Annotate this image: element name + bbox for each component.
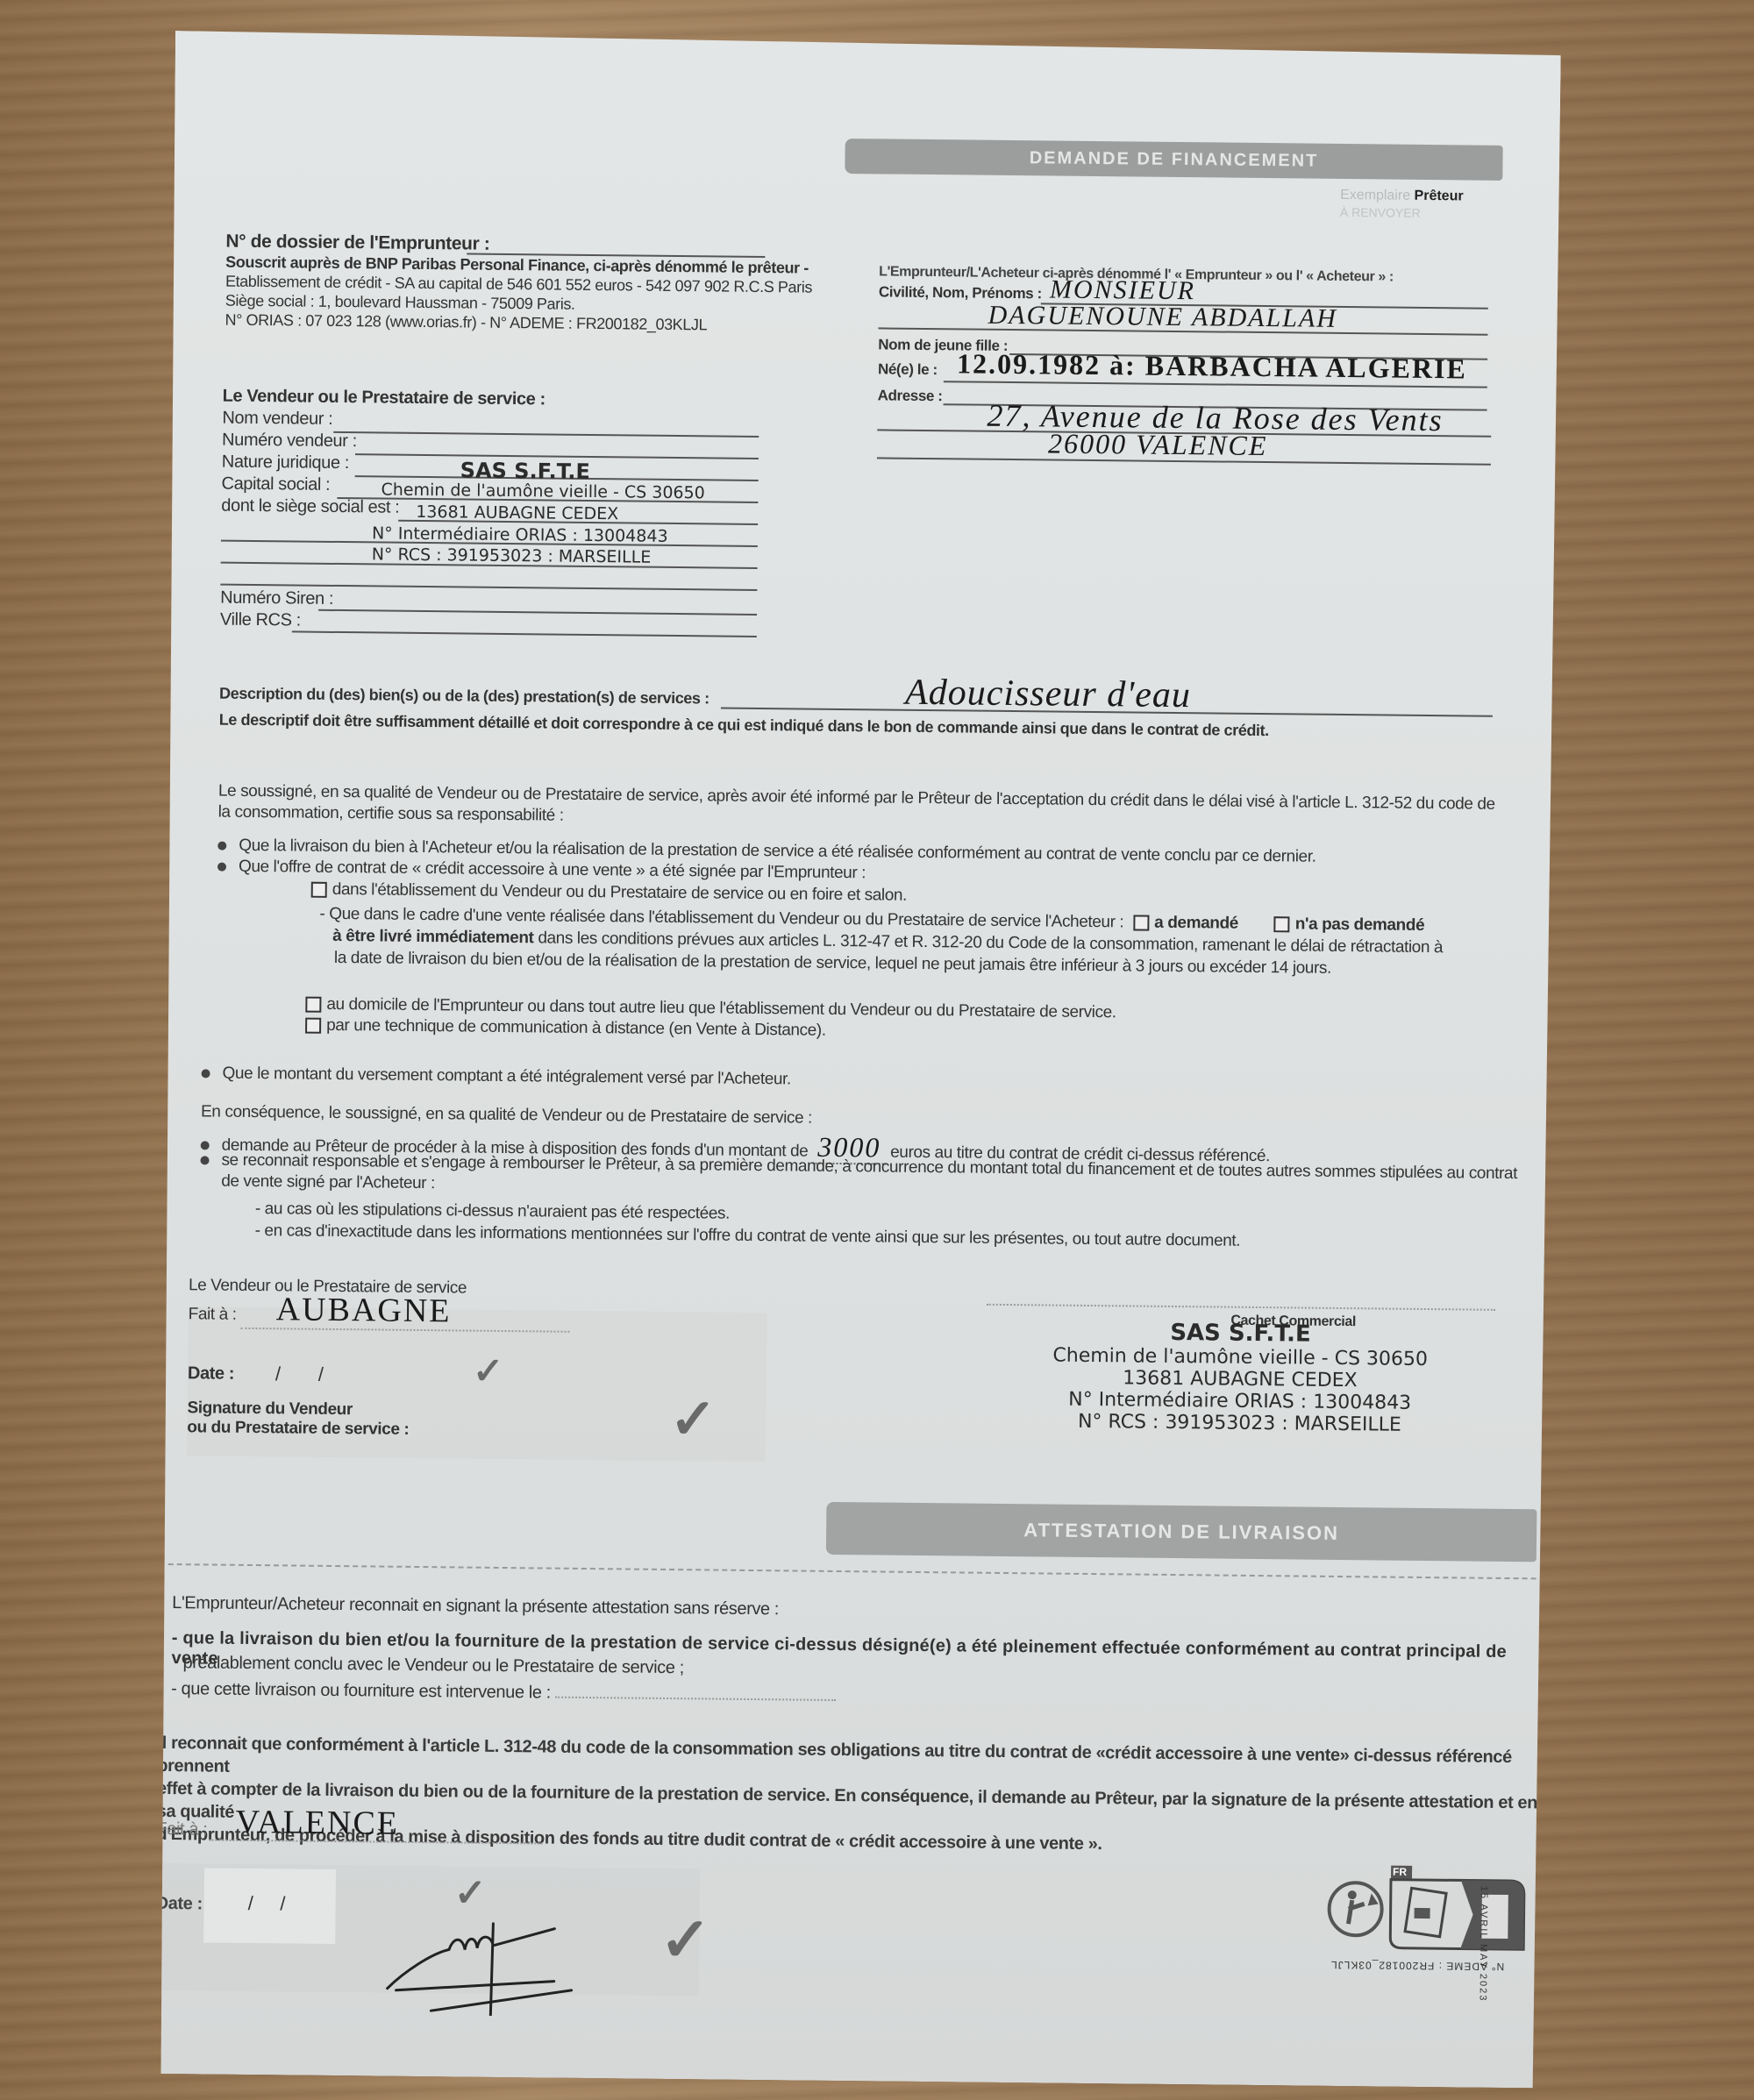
vendor-title: Le Vendeur ou le Prestataire de service … bbox=[223, 387, 545, 410]
delivery-date-field[interactable] bbox=[555, 1697, 836, 1701]
attestation-intro: L'Emprunteur/Acheteur reconnait en signa… bbox=[172, 1593, 779, 1619]
vendor-signature-field[interactable] bbox=[389, 1392, 758, 1449]
borrower-name-value[interactable]: DAGUENOUNE ABDALLAH bbox=[988, 301, 1337, 334]
rcs-value[interactable]: N° RCS : 391953023 : MARSEILLE bbox=[372, 545, 652, 566]
recycle-badge: FR bbox=[1393, 1866, 1407, 1878]
born-value[interactable]: 12.09.1982 à: BARBACHA ALGERIE bbox=[957, 347, 1467, 385]
responsibility-cont: de vente signé par l'Acheteur : bbox=[221, 1172, 435, 1194]
attestation-band-title: ATTESTATION DE LIVRAISON bbox=[1023, 1519, 1339, 1544]
document-page: DEMANDE DE FINANCEMENT Exemplaire Prêteu… bbox=[154, 31, 1561, 2088]
vendor-field-label: Ville RCS : bbox=[220, 610, 301, 631]
attestation-divider bbox=[168, 1563, 1537, 1579]
legal-form-value[interactable]: SAS S.F.T.E bbox=[460, 458, 590, 484]
vendor-field-label: dont le siège social est : bbox=[221, 496, 399, 518]
borrower-signature[interactable] bbox=[378, 1918, 589, 2018]
lender-info: Souscrit auprès de BNP Paribas Personal … bbox=[225, 253, 812, 336]
option-establishment[interactable]: dans l'établissement du Vendeur ou du Pr… bbox=[311, 880, 907, 906]
vendor-field-label: Nature juridique : bbox=[222, 452, 349, 474]
hq-value[interactable]: 13681 AUBAGNE CEDEX bbox=[416, 502, 618, 523]
header-band-title: DEMANDE DE FINANCEMENT bbox=[1030, 148, 1319, 170]
certification-intro: Le soussigné, en sa qualité de Vendeur o… bbox=[218, 781, 1499, 836]
checkbox-not-requested[interactable] bbox=[1274, 916, 1290, 932]
recycling-logo bbox=[1322, 1858, 1533, 1957]
vendor-field-label: Nom vendeur : bbox=[222, 409, 332, 430]
checkmark-icon: ✓ bbox=[660, 1904, 712, 1976]
dossier-label: N° de dossier de l'Emprunteur : bbox=[225, 231, 489, 255]
certification-bullet-3: Que le montant du versement comptant a é… bbox=[201, 1064, 791, 1089]
checkbox-requested[interactable] bbox=[1133, 915, 1149, 930]
checkbox-establishment[interactable] bbox=[311, 882, 327, 898]
attestation-point-1-cont: préalablement conclu avec le Vendeur ou … bbox=[182, 1653, 684, 1678]
commercial-stamp: Cachet Commercial SAS S.F.T.E Chemin de … bbox=[985, 1311, 1494, 1437]
borrower-date-label: Date : bbox=[156, 1894, 203, 1915]
vendor-field-label: Numéro Siren : bbox=[220, 588, 333, 609]
side-print-info: 15 AVRIL MAY 2023 bbox=[1478, 1886, 1489, 2003]
borrower-place-label: Fait à : bbox=[156, 1819, 207, 1840]
rcs-city-field[interactable] bbox=[292, 630, 757, 637]
vendor-date-label: Date : bbox=[188, 1363, 234, 1385]
vendor-field-label: Numéro vendeur : bbox=[222, 431, 357, 452]
consequence-intro: En conséquence, le soussigné, en sa qual… bbox=[201, 1102, 812, 1128]
vendor-signature-label: Signature du Vendeur ou du Prestataire d… bbox=[187, 1399, 410, 1440]
vendor-field-label: Capital social : bbox=[221, 474, 330, 495]
borrower-place-value[interactable]: VALENCE bbox=[235, 1803, 399, 1843]
option-distance[interactable]: par une technique de communication à dis… bbox=[305, 1016, 826, 1041]
civility-label: Civilité, Nom, Prénoms : bbox=[879, 283, 1042, 303]
header-band: DEMANDE DE FINANCEMENT bbox=[845, 139, 1502, 181]
stamp-top-line bbox=[987, 1304, 1495, 1311]
vendor-place-value[interactable]: AUBAGNE bbox=[276, 1290, 452, 1330]
attestation-band: ATTESTATION DE LIVRAISON bbox=[826, 1502, 1537, 1562]
address-line2-value[interactable]: 26000 VALENCE bbox=[1048, 427, 1268, 462]
checkbox-home[interactable] bbox=[305, 997, 321, 1013]
vendor-date-value[interactable]: / / bbox=[275, 1363, 324, 1386]
copy-label: Exemplaire Prêteur bbox=[1340, 188, 1464, 204]
case-2: - en cas d'inexactitude dans les informa… bbox=[255, 1221, 1241, 1251]
siren-field[interactable] bbox=[318, 609, 757, 616]
vendor-place-label: Fait à : bbox=[189, 1305, 237, 1325]
checkmark-icon: ✓ bbox=[454, 1870, 487, 1915]
vendor-name-field[interactable] bbox=[333, 431, 759, 438]
address-label: Adresse : bbox=[878, 387, 943, 405]
copy-sublabel: À RENVOYER bbox=[1340, 205, 1421, 220]
borrower-date-value[interactable]: / / bbox=[248, 1892, 286, 1915]
checkbox-distance[interactable] bbox=[305, 1018, 321, 1034]
description-label: Description du (des) bien(s) ou de la (d… bbox=[219, 685, 709, 708]
capital-value[interactable]: Chemin de l'aumône vieille - CS 30650 bbox=[381, 480, 704, 502]
case-1: - au cas où les stipulations ci-dessus n… bbox=[255, 1199, 730, 1224]
checkmark-icon: ✓ bbox=[473, 1349, 504, 1392]
description-value[interactable]: Adoucisseur d'eau bbox=[905, 672, 1191, 716]
orias-value[interactable]: N° Intermédiaire ORIAS : 13004843 bbox=[372, 523, 668, 546]
born-label: Né(e) le : bbox=[878, 360, 938, 379]
attestation-point-2: - que cette livraison ou fourniture est … bbox=[171, 1679, 836, 1706]
